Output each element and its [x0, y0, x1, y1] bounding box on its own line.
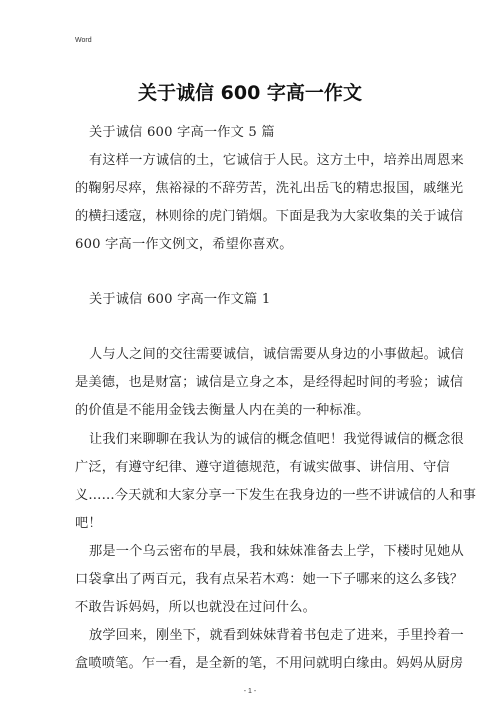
text-line: 的鞠躬尽瘁，焦裕禄的不辞劳苦，洗礼出岳飞的精忠报国，戚继光: [75, 180, 420, 198]
text-line: 吧！: [75, 515, 420, 533]
text-line: 盒喷喷笔。乍一看，是全新的笔，不用问就明白缘由。妈妈从厨房: [75, 655, 420, 673]
text-line: 口袋拿出了两百元，我有点呆若木鸡：她一下子哪来的这么多钱？: [75, 571, 420, 589]
text-line: 的横扫逶寇，林则徐的虎门销烟。下面是我为大家收集的关于诚信: [75, 208, 420, 226]
text-line: 人与人之间的交往需要诚信，诚信需要从身边的小事做起。诚信: [89, 346, 420, 364]
header-label: Word: [75, 37, 92, 44]
text-line: 让我们来聊聊在我认为的诚信的概念值吧！我觉得诚信的概念很: [89, 431, 420, 449]
text-line: 放学回来，刚坐下，就看到妹妹背着书包走了进来，手里拎着一: [89, 627, 420, 645]
text-line: 关于诚信 600 字高一作文篇 1: [89, 291, 420, 309]
text-line: 义......今天就和大家分享一下发生在我身边的一些不讲诚信的人和事: [75, 487, 420, 505]
text-line: 那是一个乌云密布的早晨，我和妹妹准备去上学，下楼时见她从: [89, 543, 420, 561]
text-line: 600 字高一作文例文，希望你喜欢。: [75, 236, 420, 254]
text-line: 广泛，有遵守纪律、遵守道德规范，有诚实做事、讲信用、守信: [75, 459, 420, 477]
text-line: 关于诚信 600 字高一作文 5 篇: [89, 124, 420, 142]
text-line: 的价值是不能用金钱去衡量人内在美的一种标准。: [75, 402, 420, 420]
document-title-text: 关于诚信 600 字高一作文: [138, 82, 362, 104]
text-line: 有这样一方诚信的土，它诚信于人民。这方土中，培养出周恩来: [89, 152, 420, 170]
document-title: 关于诚信 600 字高一作文: [0, 78, 500, 105]
page-number: - 1 -: [0, 688, 500, 695]
text-line: 是美德，也是财富；诚信是立身之本，是经得起时间的考验；诚信: [75, 374, 420, 392]
text-line: 不敢告诉妈妈，所以也就没在过问什么。: [75, 599, 420, 617]
